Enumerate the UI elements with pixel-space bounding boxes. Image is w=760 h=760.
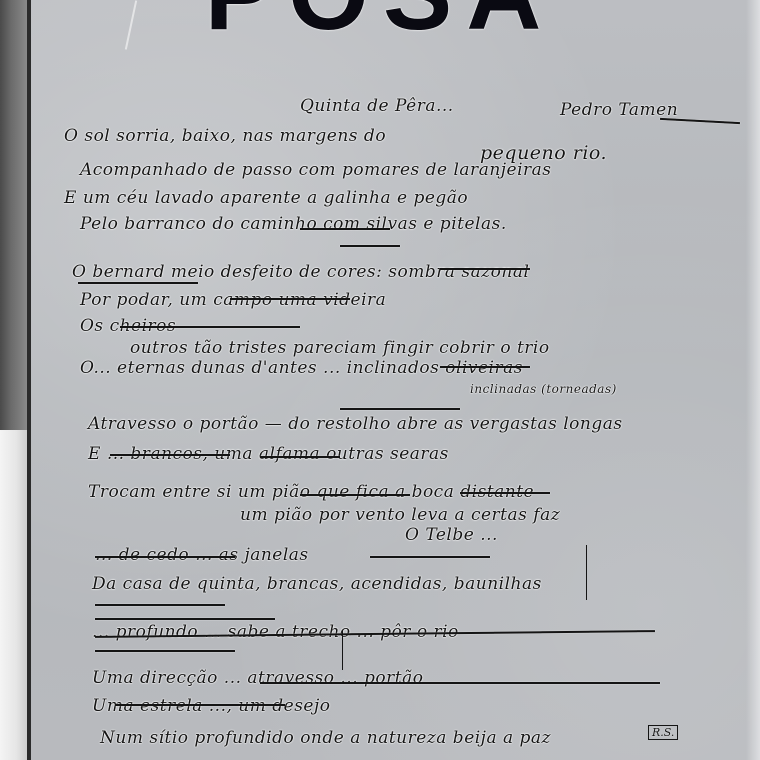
manuscript-line-17: ... de cedo ... as janelas (95, 545, 309, 565)
strike-through (95, 650, 235, 652)
scanned-page: POSA Quinta de Pêra... Pedro Tamen O sol… (0, 0, 760, 760)
cover-title: POSA (0, 0, 760, 46)
strike-through (300, 228, 390, 230)
manuscript-line-20: Uma direcção ... atravesso ... portão (92, 668, 423, 688)
strike-through (440, 366, 530, 368)
margin-note-box: R.S. (648, 725, 678, 740)
strike-through (340, 408, 460, 410)
manuscript-line-22: Num sítio profundido onde a natureza bei… (100, 728, 551, 748)
strike-through (440, 268, 530, 270)
strike-through (95, 604, 225, 606)
vertical-mark (342, 630, 343, 670)
spine-shadow (0, 0, 27, 430)
strike-through (115, 704, 285, 706)
manuscript-line-4: E um céu lavado aparente a galinha e peg… (64, 188, 468, 208)
cover-right-edge (746, 0, 760, 760)
strike-through (340, 245, 400, 247)
strike-through (78, 282, 198, 284)
strike-through (460, 492, 550, 494)
manuscript-line-7: Por podar, um campo uma videira (80, 290, 386, 310)
manuscript-line-1: O sol sorria, baixo, nas margens do (64, 126, 386, 146)
strike-through (260, 456, 340, 458)
manuscript-line-10: O... eternas dunas d'antes ... inclinado… (80, 358, 523, 378)
manuscript-line-16: O Telbe ... (405, 525, 498, 545)
manuscript-line-3: Acompanhado de passo com pomares de lara… (80, 160, 552, 180)
manuscript-line-9: outros tão tristes pareciam fingir cobri… (130, 338, 550, 358)
strike-through (300, 494, 410, 496)
manuscript-line-6: O bernard meio desfeito de cores: sombra… (72, 262, 529, 282)
manuscript-line-18: Da casa de quinta, brancas, acendidas, b… (92, 574, 542, 594)
manuscript-line-15: um pião por vento leva a certas faz (240, 505, 560, 525)
vertical-mark (586, 545, 587, 600)
manuscript-line-5: Pelo barranco do caminho com silvas e pi… (80, 214, 507, 234)
strike-through (230, 298, 350, 300)
manuscript-line-21: Uma estrela ..., um desejo (92, 696, 331, 716)
manuscript-line-12: Atravesso o portão — do restolho abre as… (88, 414, 623, 434)
strike-through (95, 618, 275, 620)
strike-through (260, 682, 660, 684)
strike-through (110, 454, 230, 456)
manuscript-line-11: inclinadas (torneadas) (470, 382, 617, 396)
manuscript-heading-left: Quinta de Pêra... (300, 96, 454, 116)
strike-through (95, 556, 235, 558)
strike-through (370, 556, 490, 558)
strike-through (120, 326, 300, 328)
spine-light (0, 430, 27, 760)
